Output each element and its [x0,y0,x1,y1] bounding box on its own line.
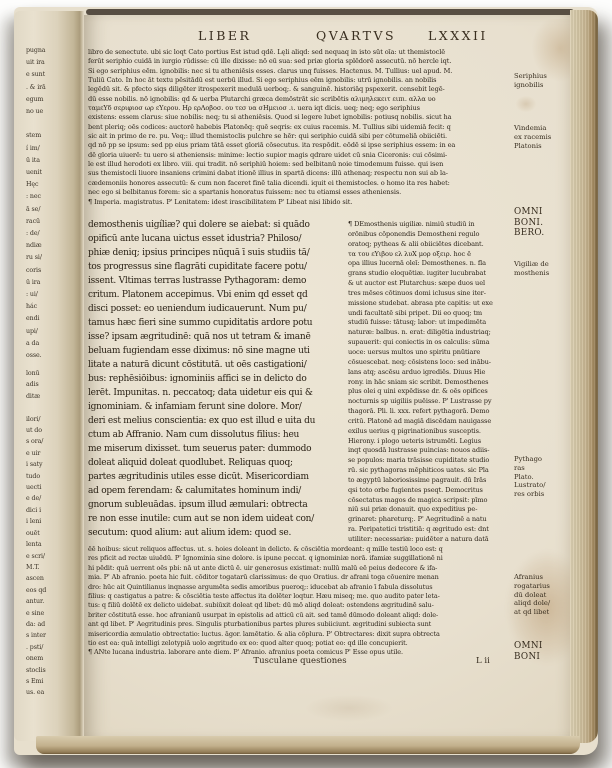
text-line: ferūt seriphio cuidā in iurgio rūdisse: … [88,57,512,66]
fragment-line: s ora/ [26,436,72,447]
commentary-top-block: libro de senectute. ubi sic loqt Cato po… [88,48,512,207]
text-line: qsi toto orbe fugientes pseqt. Democritu… [348,486,512,496]
text-line: rū. sic pythagoras mēphiticos uates. sic… [348,466,512,476]
fragment-line: s inter [26,630,72,641]
fragment-line: no ue [26,106,72,118]
fragment-line: Hęc [26,179,72,191]
fragment-line: ilori/ [26,414,72,425]
margin-note-vindemia: Vindemia ex racemis Platonis [514,124,572,150]
fragment-line: i saty [26,459,72,470]
text-line: undi facultatē sibi pripet. Dii eo quoq;… [348,309,512,319]
text-line: deri est melius conscientia: ex quo est … [88,414,346,428]
text-line: ταμεΥδ σεριφιοσ ωρ εΥερου. Ηρ ερΛοβοσ. ο… [88,104,512,113]
text-line: qd nō pp se ipsum: sed pp eius priam tāt… [88,141,512,150]
fragment-line: e de/ [26,493,72,504]
text-line: bent pleriq; oēs codices: auctorē habebi… [88,123,512,132]
fragment-line: s Emi [26,676,72,687]
fragment-line: : de/ [26,228,72,240]
fragment-line: coris [26,265,72,277]
fragment-line: ut do [26,425,72,436]
fragment-line: stem [26,130,72,142]
text-line: gnorum subleuādas. ipsum illud æmulari: … [88,498,346,512]
main-text-column: demosthenis uigíliæ? qui dolere se aieba… [88,218,346,540]
text-line: studiū fuisse: tātusq; labor: ut impedim… [348,318,512,328]
fragment-line: a da [26,338,72,350]
text-line: cōsuescebat. neq; cōsistens loco: sed in… [348,358,512,368]
margin-note-omniboni-bero: OMNI BONI. BERO. [514,207,572,239]
text-line: re non esse inutile: cum aut se non idem… [88,512,346,526]
text-line: bus: rephēsiōibus: ignominiis affici se … [88,372,346,386]
fragment-line: i leni [26,516,72,527]
text-line: rony. in hāc sniam sic scribit. Demosthe… [348,378,512,388]
fragment-line: ū ira [26,277,72,289]
fragment-line: . psti/ [26,642,72,653]
text-line: beluam fugiendam esse diximus: nō sine m… [88,344,346,358]
text-line: tos progressus sine flagrāti cupiditate … [88,260,346,274]
fragment-line [26,118,72,130]
text-line: thagorā. Pli. li. xxx. refert pythagorā.… [348,407,512,417]
text-line: dē gloria uiuerē: tu uero si atheniensis… [88,151,512,160]
fragment-line: ū ita [26,155,72,167]
facing-page-fragments-lower: lonūadisditæ ilori/ut dos ora/e uiri sat… [26,368,72,699]
text-line: uoce: uersus multos uno spiritu pnūtiare [348,348,512,358]
text-line: exilus uerius q pigrinationibus suscepti… [348,427,512,437]
header-part-label: QVARTVS [316,28,396,43]
fragment-line: . & irā [26,82,72,94]
fragment-line: : ui/ [26,289,72,301]
fragment-line: e sine [26,608,72,619]
fragment-line: ascen [26,573,72,584]
text-line: briter cōstitutā esse. hoc afranianū usu… [88,611,512,620]
fragment-line: e sunt [26,69,72,81]
text-line: grans studio eloquētiæ. iugiter lucubrab… [348,269,512,279]
text-line: ¶ DEmosthenis uigiliæ. nimiū studiū in [348,220,512,230]
fragment-line: M.T. [26,562,72,573]
text-line: lerēt. Impunitas. n. peccatoq; data uide… [88,386,346,400]
fragment-line: ā se/ [26,204,72,216]
text-line: partes ægritudinis utiles esse dicūt. Mi… [88,470,346,484]
text-line: ¶ Imperia. magistratus. P' Lenitatem: id… [88,198,512,207]
commentary-column: ¶ DEmosthenis uigiliæ. nimiū studiū inor… [348,220,512,545]
text-line: se populos: maria trāsisse cupiditate st… [348,456,512,466]
text-line: utiliter: necessariæ: puidēter a natura … [348,535,512,545]
fragment-line: uecti [26,482,72,493]
text-line: Hierony. i plogo ueteris istrumēti. Legi… [348,437,512,447]
fragment-line: í im/ [26,143,72,155]
fragment-line: osse. [26,350,72,362]
fragment-line: adis [26,379,72,390]
facing-page-edge: pugnauit irae sunt. & irāegumno ue stemí… [14,11,84,741]
text-line: issent. Vltimas terras lustrasse Pythago… [88,274,346,288]
text-line: filius: q castigatus a patre: & cōsciēti… [88,592,512,601]
margin-note-omniboni: OMNI BONI [514,641,572,662]
text-line: doleat aliquid doleat quodlubet. Reliqua… [88,456,346,470]
text-line: critum. Platonem accepimus. Vbi enim qd … [88,288,346,302]
page-header: LIBER QVARTVS LXXXII [88,28,512,44]
facing-page-fragments-upper: pugnauit irae sunt. & irāegumno ue stemí… [26,45,72,362]
text-line: disci posset: eo ueniendum iudicauerunt.… [88,302,346,316]
text-line: ignominiam. & infamiam ferunt sine dolor… [88,400,346,414]
text-line: nocturnis sp uigiliis puēisse. P' Lustra… [348,397,512,407]
running-title: Tusculane questiones [88,656,512,666]
book-bottom-edge [36,736,580,754]
text-line: supauerit: qui coniectis in os calculis:… [348,338,512,348]
text-line: cōsectatus magos de magica scripsit: pīm… [348,496,512,506]
text-line: sic ait in primo de re. pu. Veq;: illud … [88,132,512,141]
text-line: ant qd libet. P' Aegritudinis pres. Sing… [88,620,512,629]
text-line: critū. Platonē ad magiā discēdam nauigas… [348,417,512,427]
text-line: tres mēses cōtinuos domi iclusus sine it… [348,289,512,299]
text-line: dū esse nobilis. nō ignobilis: qd & uerb… [88,95,512,104]
quire-signature: L ii [476,656,490,666]
fragment-line: us. ea [26,687,72,698]
fragment-line: racū [26,216,72,228]
text-line: grinaret: phareturq;. P' Aegritudinē a n… [348,515,512,525]
text-line: Tuliū Cato. In hoc āt textu pēsitādū est… [88,76,512,85]
fragment-line: e scri/ [26,551,72,562]
text-line: τα του εΥιβου ελ λυΧ μορ οξειρ. hoc ē [348,250,512,260]
text-line: ad opem ferendam: & calumitates hominum … [88,484,346,498]
fragment-line: da: ad [26,619,72,630]
fragment-line: tudo [26,471,72,482]
text-line: le est illud herodoti ex libro. viii. qu… [88,160,512,169]
text-line: demosthenis uigíliæ? qui dolere se aieba… [88,218,346,232]
margin-note-seriphius: Seriphius ignobilis [514,72,572,90]
fragment-line: e uir [26,448,72,459]
fragment-line: antur. [26,596,72,607]
text-line: legēdū sit. & pfecto siqs diligēter itro… [88,85,512,94]
text-line: opa illius lucernā oleī: Demosthenes. n.… [348,259,512,269]
fragment-line: stoclis [26,665,72,676]
text-line: orōnibus cōponendis Demostheni regulo [348,230,512,240]
text-line: ēē hoibus: sicut reliquos affectus. ut. … [88,545,512,554]
open-book: pugnauit irae sunt. & irāegumno ue stemí… [14,7,598,755]
text-line: tamus hæc fieri sine summo cupiditatis a… [88,316,346,330]
fragment-line: uenit [26,167,72,179]
fragment-line: lonū [26,368,72,379]
text-line: niū sui priæ donauit. quo expeditius pe- [348,505,512,515]
margin-note-pythagoras: Pythago ras Plato. Lustrato/ res orbis [514,455,572,499]
book-photo: pugnauit irae sunt. & irāegumno ue stemí… [0,0,612,768]
recto-page: LIBER QVARTVS LXXXII libro de senectute.… [84,15,570,739]
text-line: inqt quosdā lustrasse puincias: nouos ad… [348,446,512,456]
text-line: me miserum dixisset. tum seuerus pater: … [88,442,346,456]
text-line: opificū ante lucana uictus esset idustri… [88,232,346,246]
fragment-line: upi/ [26,326,72,338]
text-line: lans atq; ascēsu arduo igrediēs. Diuus H… [348,368,512,378]
text-line: dro: hūc ait Quintilianus inqnasse argum… [88,583,512,592]
fragment-line: egum [26,94,72,106]
text-line: phiæ deniq; ipsius principes nūquā ī sui… [88,246,346,260]
page-footer: Tusculane questiones L ii [88,656,512,670]
fragment-line: ouēt [26,528,72,539]
text-line: secutum: quod alium: aut alium idem: quo… [88,526,346,540]
text-line: to ægyptū laboriosissime pagrauit. dū Ir… [348,476,512,486]
text-line: sus themistocli liuore insaniens crimini… [88,169,512,178]
header-folio-number: LXXXII [428,28,488,43]
text-line: ra. Peripatetici tristitiā: q ægritudo e… [348,525,512,535]
fragment-line: uit ira [26,57,72,69]
text-line: existens: essem clarus: siue nobilis: ne… [88,113,512,122]
fragment-line: ru si/ [26,252,72,264]
page-stain [512,93,540,115]
header-book-label: LIBER [198,28,251,43]
text-line: oratoq; pytheas & alii obiiciētes diceba… [348,240,512,250]
fragment-line: : nec [26,191,72,203]
fragment-line: eos qd [26,585,72,596]
text-line: tus: q filiū dolētē ex delicto uidebat. … [88,601,512,610]
text-line: naturæ: balbus. n. erat: diligētia indus… [348,328,512,338]
text-line: ctum ab Affranio. Nam cum dissolutus fil… [88,428,346,442]
text-line: & ut auctor est Plutarchus: sæpe duos ue… [348,279,512,289]
fragment-line: dici i [26,505,72,516]
text-line: res pficit ad rectæ uiuēdū. P' Ignominia… [88,554,512,563]
text-line: litate a naturā dicunt cōstitutā. ut oēs… [88,358,346,372]
fragment-line: endi [26,313,72,325]
commentary-bottom-block: ēē hoibus: sicut reliquos affectus. ut. … [88,545,512,658]
text-line: misericordia æmulatio obtrectatio: luctu… [88,630,512,639]
text-line: missione studebat. abrasa pte capitis: u… [348,299,512,309]
text-line: nec ego si belbitanus forem: sic a spart… [88,188,512,197]
text-line: mia. P' Ab afranio. poeta hic fuit. cōdi… [88,573,512,582]
text-line: cædemoniis honores assecutū: & cum non f… [88,179,512,188]
fragment-line: ndiæ [26,240,72,252]
text-line: libro de senectute. ubi sic loqt Cato po… [88,48,512,57]
text-line: tio est ea: quā intelligi zelotypiā uolo… [88,639,512,648]
fragment-line: lenta [26,539,72,550]
text-line: hi pēdit: quā uerrent oēs pbi: nā ut ant… [88,564,512,573]
fragment-line: ditæ [26,391,72,402]
fragment-line: hác [26,301,72,313]
margin-note-vigiliae: Vigiliæ de mosthenis [514,260,572,278]
fore-edge-pages [570,10,598,743]
fragment-line: pugna [26,45,72,57]
text-line: Si ego seriphius eēm. ignobilis: nec si … [88,67,512,76]
margin-note-afranius: Afranius rogatarius dū doleat aliqd dole… [514,573,572,617]
text-line: isse? ipsam ægritudinē: quā nos ut tetra… [88,330,346,344]
text-area: LIBER QVARTVS LXXXII libro de senectute.… [88,15,512,739]
fragment-line [26,402,72,413]
fragment-line: onem [26,653,72,664]
text-line: plus olei q uini expēdisse dr. & oēs opi… [348,387,512,397]
